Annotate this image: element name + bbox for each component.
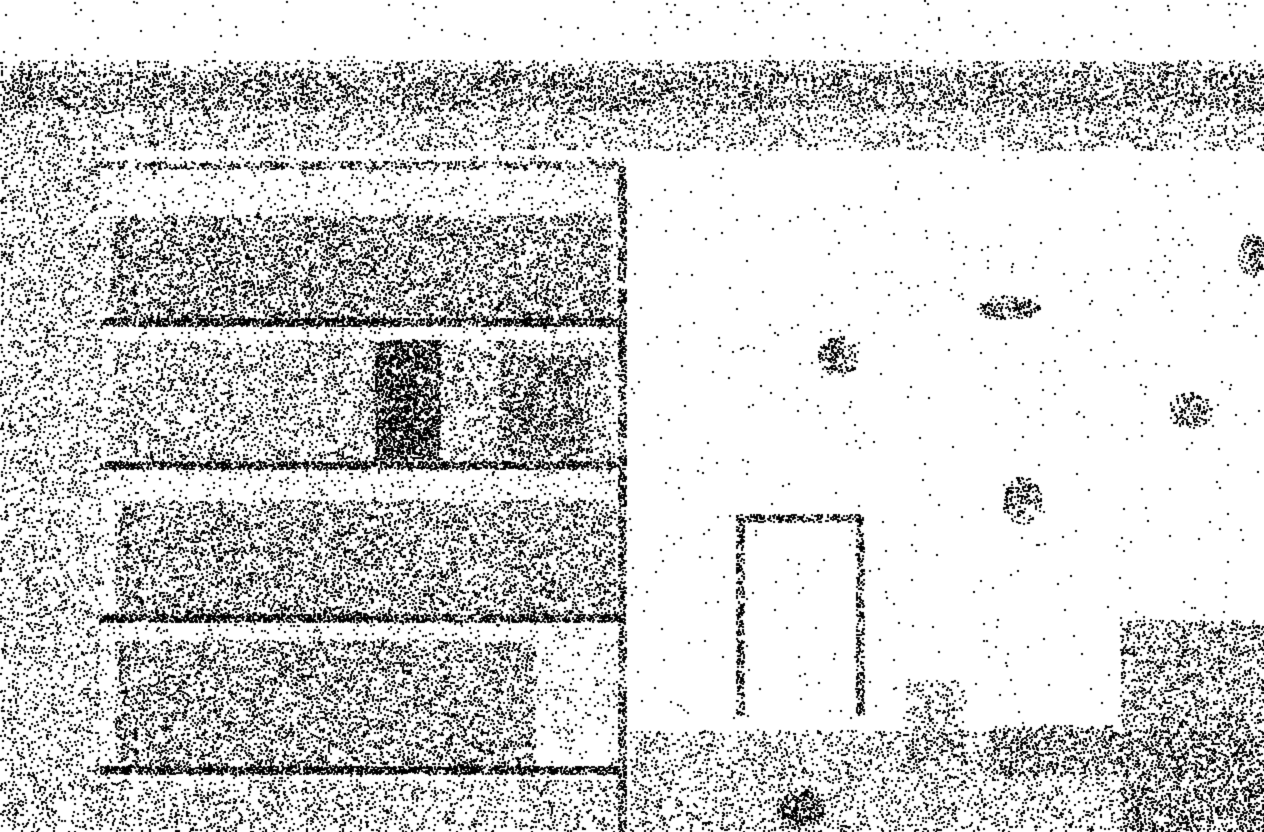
stippled-room-image <box>0 0 1264 832</box>
